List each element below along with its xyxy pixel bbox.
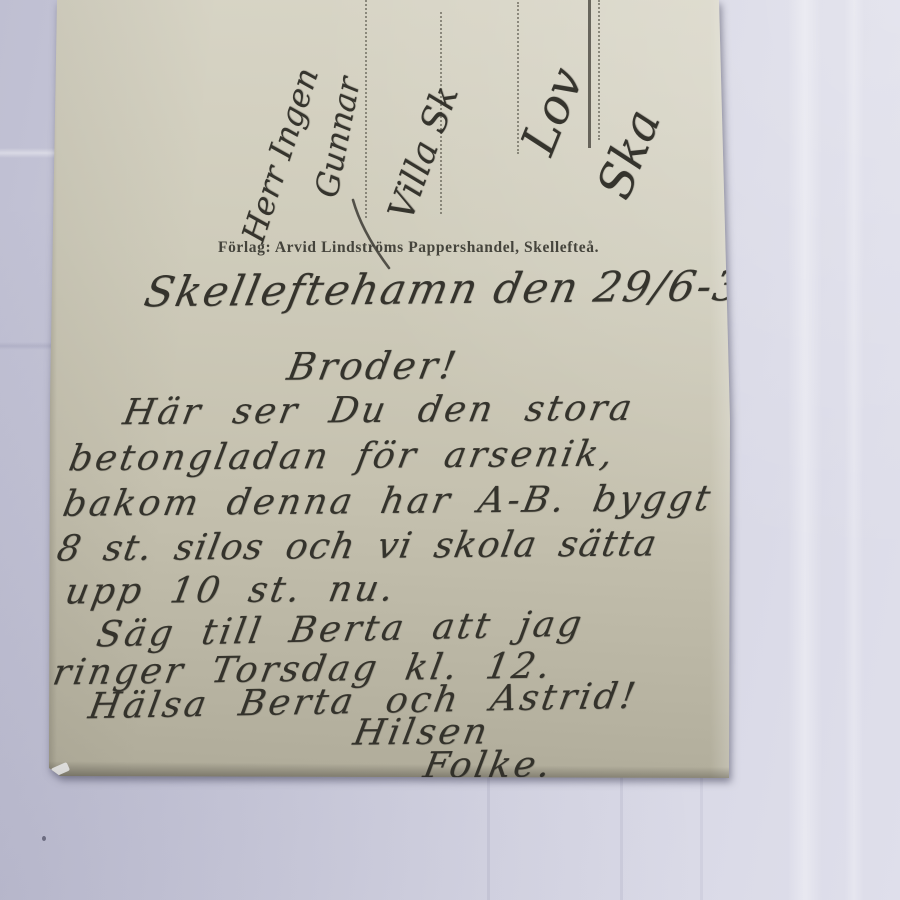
card-edge-highlight (710, 0, 730, 780)
card-edge-shade (45, 761, 735, 783)
postcard-shadow: Herr Ingen Gunnar Villa Sk Lov Ska Förla… (0, 0, 900, 900)
address-ruled-line (365, 0, 367, 218)
ink-underline (588, 0, 591, 148)
message-line: Här ser Du den stora (120, 388, 638, 433)
postcard: Herr Ingen Gunnar Villa Sk Lov Ska Förla… (0, 0, 900, 900)
message-salutation: Broder! (284, 343, 463, 388)
message-line: upp 10 st. nu. (62, 569, 400, 613)
publisher-line: Förlag: Arvid Lindströms Pappershandel, … (218, 239, 599, 257)
message-line: 8 st. silos och vi skola sätta (54, 523, 661, 569)
address-fragment: Herr Ingen (234, 63, 326, 247)
photo-of-postcard: Herr Ingen Gunnar Villa Sk Lov Ska Förla… (0, 0, 900, 900)
address-fragment: Lov (510, 60, 595, 162)
message-line: betongladan för arsenik, (66, 434, 619, 480)
dateline: Skelleftehamn den 29/6-37. (140, 261, 791, 317)
signature: Folke. (420, 744, 557, 786)
address-fragment: Villa Sk (381, 81, 467, 226)
address-ruled-line (598, 0, 600, 140)
message-line: bakom denna har A-B. byggt (60, 478, 717, 525)
